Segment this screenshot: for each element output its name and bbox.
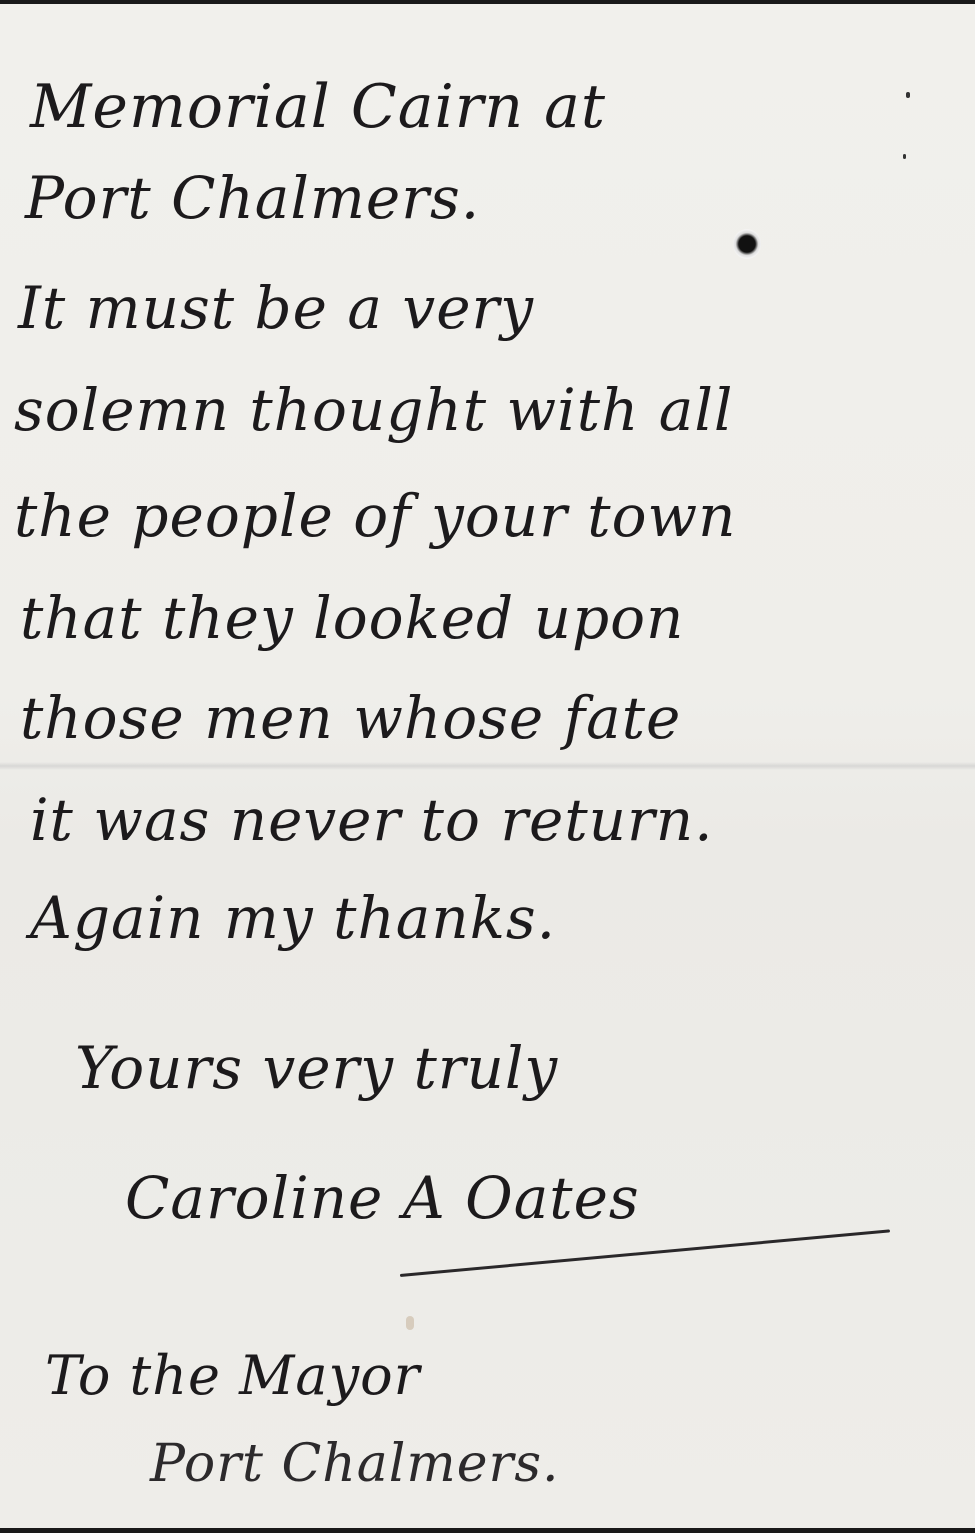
- heading-line-1: Memorial Cairn at: [30, 72, 606, 142]
- addressee-line-1: To the Mayor: [45, 1344, 420, 1407]
- paper-stain: [406, 1316, 414, 1330]
- body-line-5: those men whose fate: [20, 684, 681, 752]
- body-line-1: It must be a very: [18, 274, 534, 342]
- closing-line: Yours very truly: [75, 1034, 558, 1102]
- body-line-7: Again my thanks.: [30, 884, 556, 952]
- paper-fold-crease: [0, 762, 975, 770]
- signature: Caroline A Oates: [125, 1164, 640, 1232]
- letter-page: Memorial Cairn at Port Chalmers. It must…: [0, 4, 975, 1528]
- body-line-2: solemn thought with all: [14, 376, 733, 444]
- signature-underline: [400, 1229, 890, 1277]
- ink-speck: [906, 92, 910, 98]
- heading-line-2: Port Chalmers.: [25, 164, 480, 232]
- body-line-4: that they looked upon: [20, 584, 684, 652]
- addressee-line-2: Port Chalmers.: [150, 1434, 560, 1494]
- ink-speck: [903, 154, 906, 159]
- body-line-6: it was never to return.: [30, 786, 714, 854]
- paper-hole: [733, 229, 761, 259]
- body-line-3: the people of your town: [14, 482, 736, 550]
